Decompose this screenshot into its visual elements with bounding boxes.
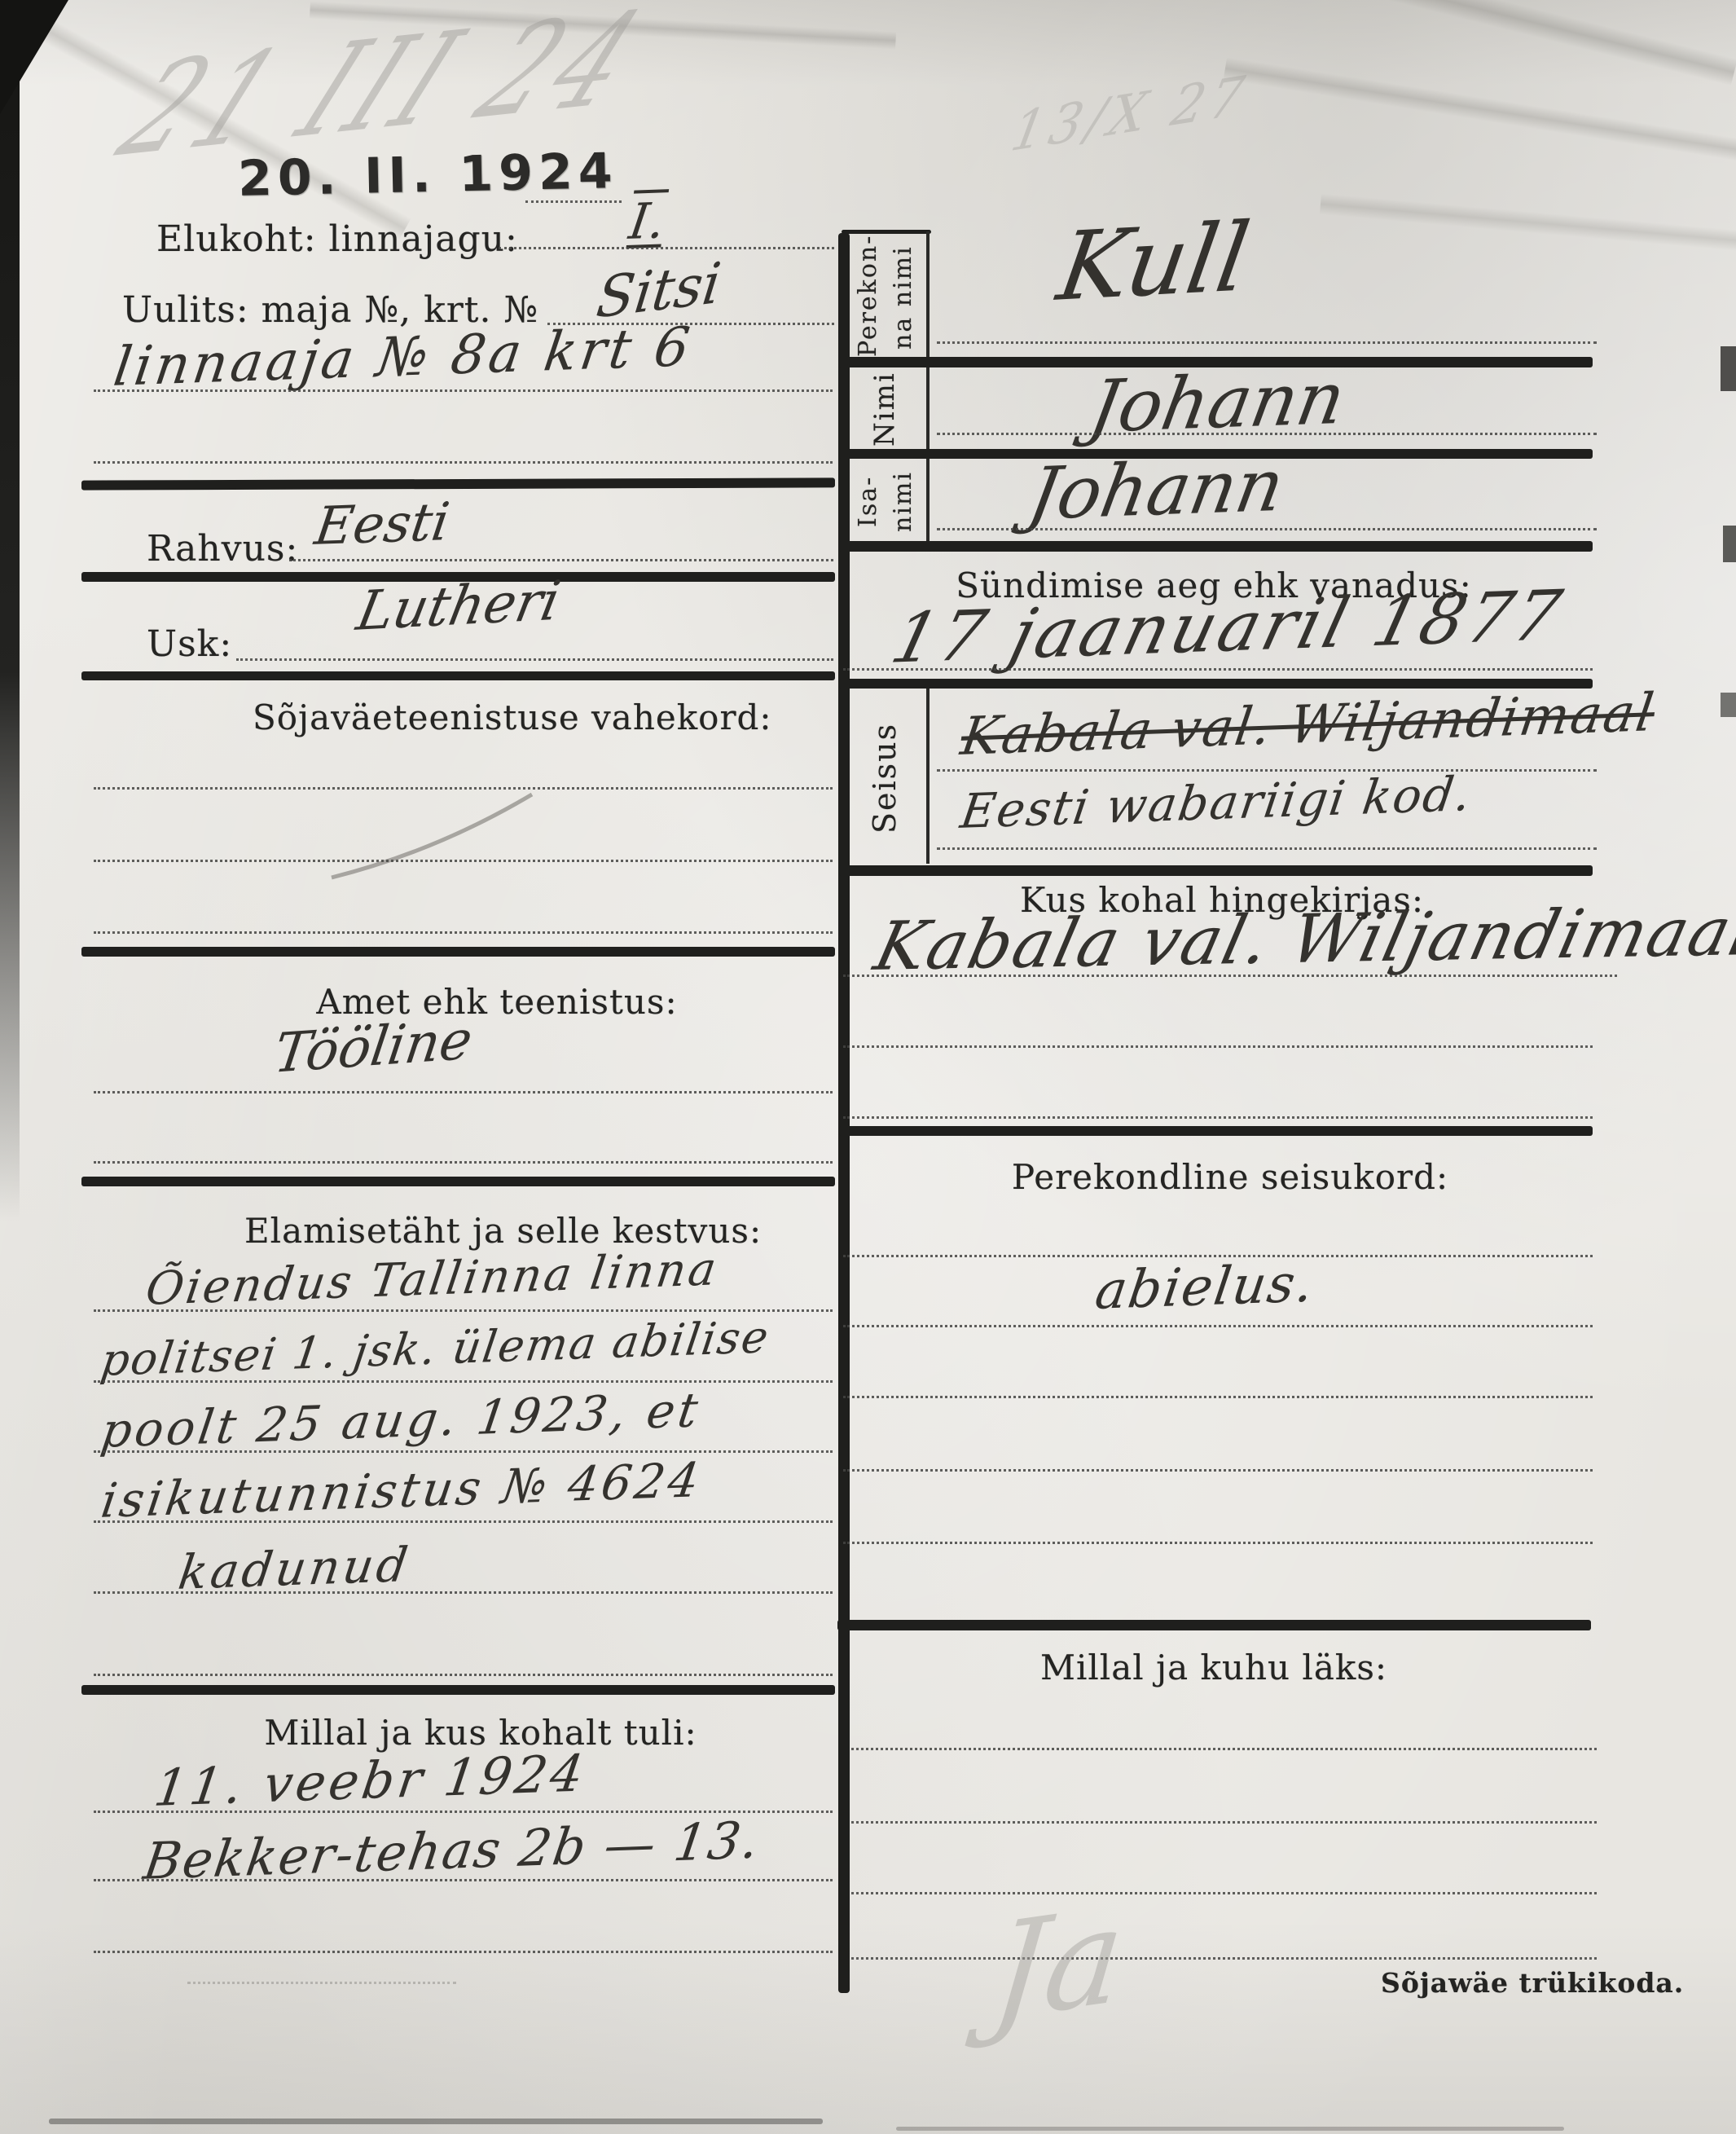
dotted-line <box>94 389 833 392</box>
field-value-seisus-struck: Kabala val. Wiljandimaal <box>957 683 1659 768</box>
elamisetaht-line: isikutunnistus № 4624 <box>98 1452 705 1529</box>
dotted-line <box>851 1748 1597 1750</box>
elamisetaht-line: poolt 25 aug. 1923, et <box>98 1382 705 1459</box>
date-stamp: 20. II. 1924 <box>237 143 618 208</box>
field-value-elukoht: I. <box>626 192 669 251</box>
dotted-line <box>843 1396 1593 1398</box>
dotted-line <box>94 1309 833 1312</box>
section-heading-perekondline: Perekondline seisukord: <box>945 1157 1515 1197</box>
section-heading-amet: Amet ehk teenistus: <box>253 982 741 1022</box>
cell-separator <box>926 459 930 541</box>
rule-line <box>81 477 835 490</box>
scan-edge-artifact <box>49 2119 823 2124</box>
scan-edge-artifact <box>0 0 20 1222</box>
field-label-isanimi: nimi <box>889 463 917 540</box>
dotted-line <box>843 975 1617 977</box>
elamisetaht-line: Õiendus Tallinna linna <box>143 1243 722 1316</box>
rule-line <box>81 947 835 957</box>
field-value-isanimi: Johann <box>1022 442 1290 536</box>
cell-separator <box>926 367 930 449</box>
dotted-line <box>94 1091 833 1093</box>
section-heading-sojavae: Sõjaväeteenistuse vahekord: <box>253 697 741 737</box>
dotted-line <box>236 658 833 661</box>
cell-separator <box>926 689 930 864</box>
dotted-line <box>94 1380 833 1383</box>
field-label-rahvus: Rahvus: <box>147 528 298 570</box>
field-label-elukoht: Elukoht: linnajagu: <box>156 218 518 260</box>
dotted-line <box>851 1957 1597 1960</box>
dotted-line <box>843 1045 1593 1048</box>
rule-line <box>842 230 931 234</box>
field-label-nimi: Nimi <box>868 371 901 448</box>
rule-line <box>837 1620 1591 1630</box>
dotted-line <box>843 1542 1593 1544</box>
rule-line <box>839 1126 1593 1136</box>
elukoht-value-text: I. <box>626 192 669 251</box>
field-value-seisus: Eesti wabariigi kod. <box>957 766 1475 839</box>
millal-tuli-line1: 11. veebr 1924 <box>151 1743 591 1818</box>
dotted-line <box>851 1821 1597 1824</box>
dotted-line <box>94 860 833 862</box>
field-label-perekonnanimi: na nimi <box>889 238 917 357</box>
dotted-line <box>843 668 1593 671</box>
rule-line <box>81 671 835 680</box>
field-value-amet: Tööline <box>270 1008 477 1085</box>
pencil-note: 13/X 27 <box>1006 64 1254 165</box>
rule-line <box>839 865 1593 876</box>
dotted-line <box>937 341 1597 344</box>
dotted-line <box>94 1591 833 1594</box>
pencil-mark-ja: Ja <box>986 1877 1131 2051</box>
dotted-line <box>94 931 833 934</box>
elamisetaht-line: politsei 1. jsk. ülema abilise <box>98 1311 773 1386</box>
dotted-line <box>937 769 1597 772</box>
scan-edge-artifact <box>1721 693 1736 717</box>
field-label-usk: Usk: <box>147 623 232 665</box>
field-label-perekonnanimi: Perekon- <box>854 238 882 357</box>
scan-edge-artifact <box>0 0 68 114</box>
scan-edge-artifact <box>1723 526 1736 562</box>
field-label-isanimi: Isa- <box>854 463 882 540</box>
field-value-perekonnanimi: Kull <box>1051 203 1256 323</box>
dotted-line <box>94 787 833 790</box>
column-divider <box>838 233 850 1993</box>
section-heading-millal-laks: Millal ja kuhu läks: <box>929 1648 1499 1687</box>
rule-line <box>839 679 1593 689</box>
dotted-line <box>843 1116 1593 1119</box>
printer-footer: Sõjawäe trükikoda. <box>1381 1967 1684 1999</box>
crease-shading <box>1224 57 1736 161</box>
dotted-line <box>289 559 833 561</box>
registration-card-scan: 21 III 24 20. II. 1924 13/X 27 Elukoht: … <box>0 0 1736 2134</box>
field-value-usk: Lutheri <box>352 569 565 643</box>
field-label-seisus: Seisus <box>867 693 903 864</box>
dotted-line <box>843 1325 1593 1327</box>
dotted-line <box>525 200 622 203</box>
dotted-line <box>937 528 1597 530</box>
dotted-line <box>94 1520 833 1523</box>
scan-edge-artifact <box>187 1982 456 1984</box>
dotted-line <box>94 1450 833 1453</box>
dotted-line <box>94 461 833 464</box>
pencil-stroke <box>322 786 542 884</box>
rule-line <box>81 1685 835 1695</box>
field-value-perekondline: abielus. <box>1092 1253 1319 1322</box>
dotted-line <box>94 1951 833 1953</box>
dotted-line <box>937 847 1597 850</box>
field-value-hingekirjas: Kabala val. Wiljandimaal <box>868 893 1736 986</box>
scan-edge-artifact <box>1721 346 1736 391</box>
dotted-line <box>94 1161 833 1164</box>
dotted-line <box>499 247 834 249</box>
cell-separator <box>926 231 930 362</box>
rule-line <box>81 1177 835 1186</box>
dotted-line <box>843 1469 1593 1472</box>
dotted-line <box>94 1879 833 1881</box>
dotted-line <box>851 1892 1597 1894</box>
crease-shading <box>1320 193 1736 251</box>
dotted-line <box>94 1674 833 1676</box>
field-value-rahvus: Eesti <box>311 492 453 557</box>
scan-edge-artifact <box>896 2127 1564 2131</box>
dotted-line <box>937 433 1597 435</box>
rule-line <box>839 541 1593 552</box>
